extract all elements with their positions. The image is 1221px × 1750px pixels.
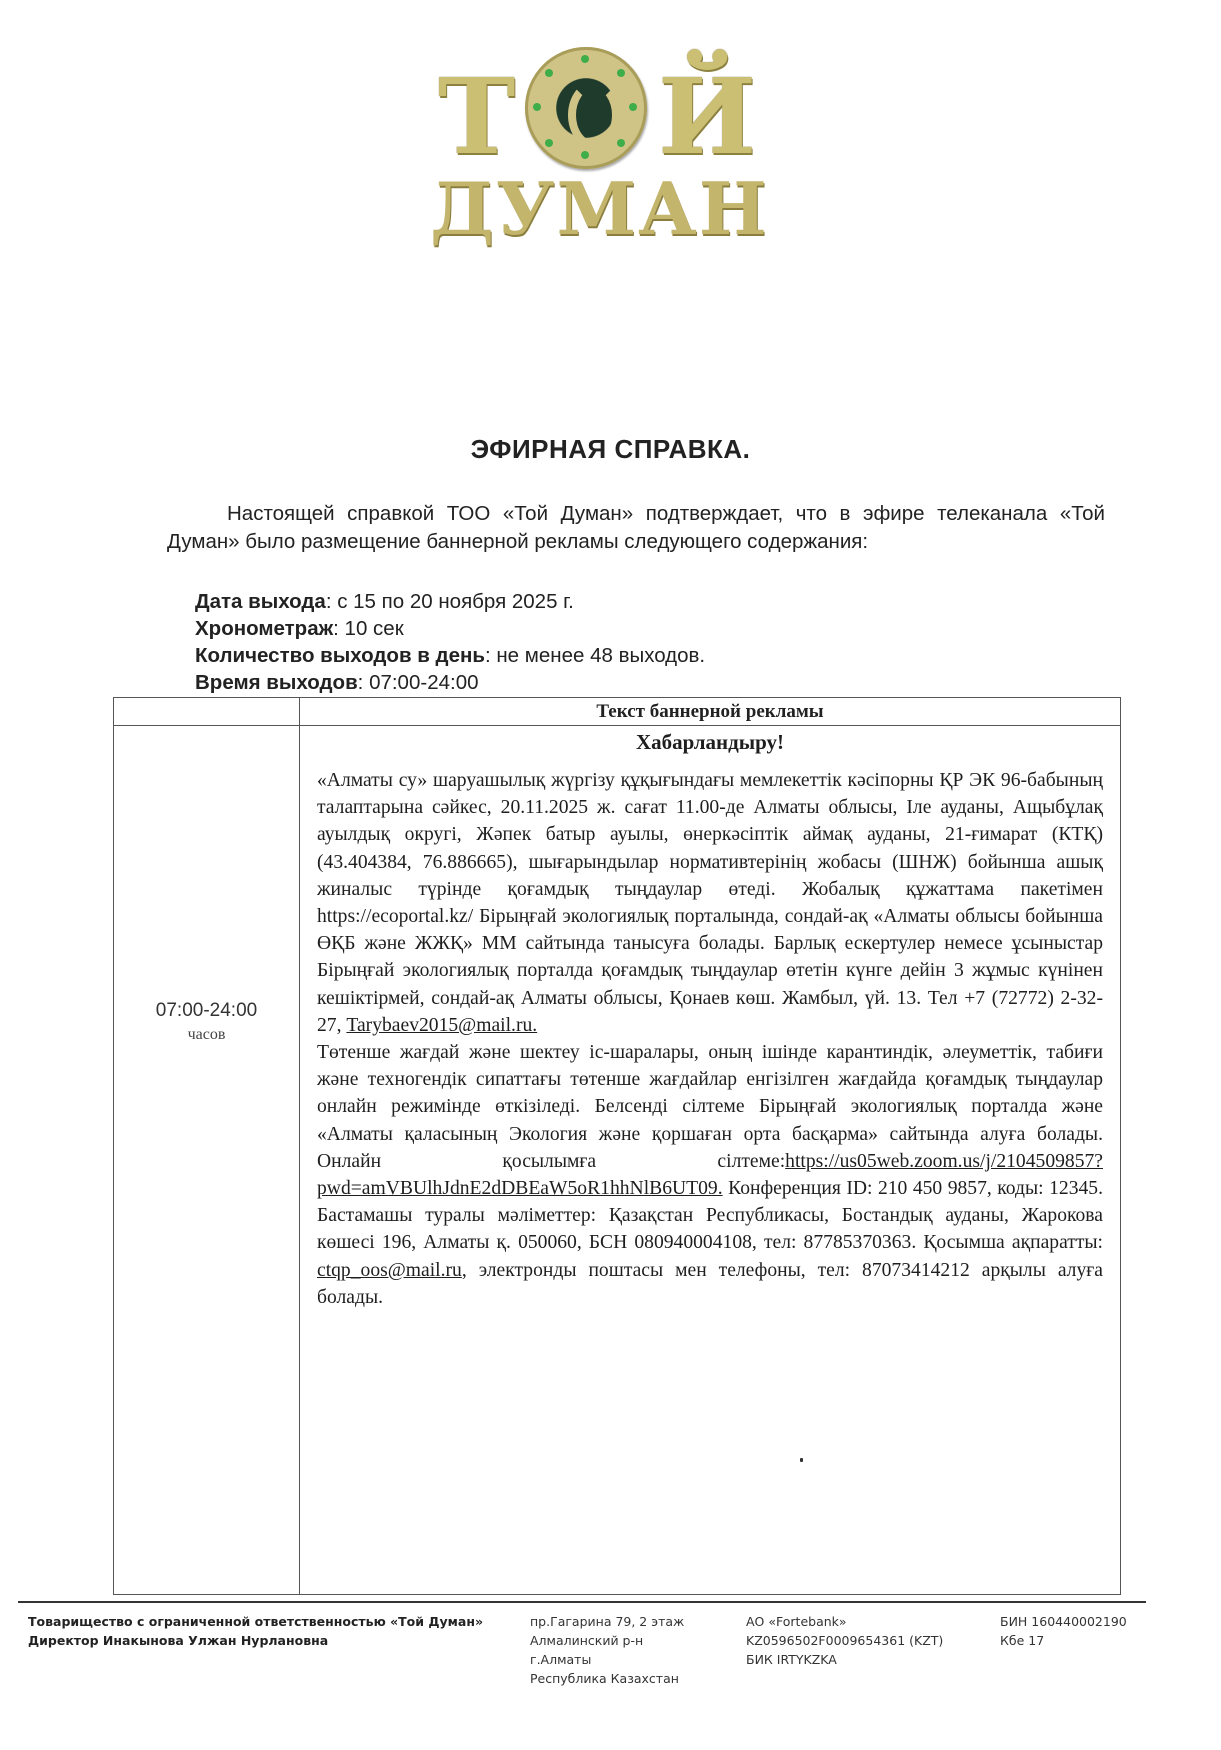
kbe-code: Кбе 17 [1000,1631,1127,1650]
ornament-dot [629,103,637,111]
company-name: Товарищество с ограниченной ответственно… [28,1612,483,1631]
footer-company: Товарищество с ограниченной ответственно… [28,1612,483,1650]
announcement-text: «Алматы су» шаруашылық жүргізу құқығында… [317,767,1103,1311]
address-line: Республика Казахстан [530,1669,684,1688]
paragraph-text: «Алматы су» шаруашылық жүргізу құқығында… [317,770,1103,1036]
field-label: Количество выходов в день [195,644,485,667]
announcement-paragraph: Төтенше жағдай және шектеу іс-шаралары, … [317,1039,1103,1311]
ornament-dot [581,151,589,159]
announcement-paragraph: «Алматы су» шаруашылық жүргізу құқығында… [317,767,1103,1039]
address-line: Алмалинский р-н [530,1631,684,1650]
broadcast-details: Дата выхода: с 15 по 20 ноября 2025 г. Х… [195,588,705,696]
field-value: : с 15 по 20 ноября 2025 г. [326,590,574,613]
swirl-ornament-icon [568,81,620,149]
footer-ids: БИН 160440002190 Кбе 17 [1000,1612,1127,1650]
logo-letter-i: Й [658,65,756,169]
footer-address: пр.Гагарина 79, 2 этаж Алмалинский р-н г… [530,1612,684,1688]
announcement-title: Хабарландыру! [300,730,1120,755]
address-line: пр.Гагарина 79, 2 этаж [530,1612,684,1631]
field-value: : не менее 48 выходов. [485,644,705,667]
table-column-divider [299,698,300,1594]
email-link[interactable]: Tarybaev2015@mail.ru. [346,1015,537,1036]
scan-speck [800,1458,803,1462]
field-value: : 07:00-24:00 [358,671,479,694]
field-value: : 10 сек [333,617,404,640]
director-name: Директор Инакынова Улжан Нурлановна [28,1631,483,1650]
ornament-medallion-icon [525,47,647,169]
logo-wordmark: ДУМАН [430,173,750,245]
ornament-dot [533,103,541,111]
field-duration: Хронометраж: 10 сек [195,615,705,642]
table-header: Текст баннерной рекламы [300,698,1120,725]
air-time-unit: часов [114,1024,299,1046]
banner-ad-table: Текст баннерной рекламы 07:00-24:00 часо… [113,697,1121,1595]
field-release-date: Дата выхода: с 15 по 20 ноября 2025 г. [195,588,705,615]
document-title: ЭФИРНАЯ СПРАВКА. [0,434,1221,465]
footer-bank: АО «Fortebank» KZ0596502F0009654361 (KZT… [746,1612,943,1669]
ornament-dot [545,69,553,77]
field-air-time: Время выходов: 07:00-24:00 [195,669,705,696]
air-time-range: 07:00-24:00 [114,998,299,1024]
ornament-dot [545,139,553,147]
ornament-dot [581,55,589,63]
bank-account: KZ0596502F0009654361 (KZT) [746,1631,943,1650]
ornament-dot [617,139,625,147]
air-time-cell: 07:00-24:00 часов [114,998,299,1046]
company-logo: Т Й ДУМАН [430,45,750,245]
logo-letter-t: Т [438,65,515,169]
field-label: Время выходов [195,671,358,694]
field-label: Дата выхода [195,590,326,613]
bin-number: БИН 160440002190 [1000,1612,1127,1631]
footer-divider [18,1601,1146,1603]
ornament-dot [617,69,625,77]
logo-top-row: Т Й [430,45,750,160]
bank-bic: БИК IRTYKZKA [746,1650,943,1669]
field-label: Хронометраж [195,617,333,640]
table-header-divider [114,725,1120,726]
address-line: г.Алматы [530,1650,684,1669]
intro-paragraph: Настоящей справкой ТОО «Той Думан» подтв… [167,500,1105,556]
field-daily-airings: Количество выходов в день: не менее 48 в… [195,642,705,669]
email-link[interactable]: ctqp_oos@mail.ru [317,1260,462,1281]
bank-name: АО «Fortebank» [746,1612,943,1631]
